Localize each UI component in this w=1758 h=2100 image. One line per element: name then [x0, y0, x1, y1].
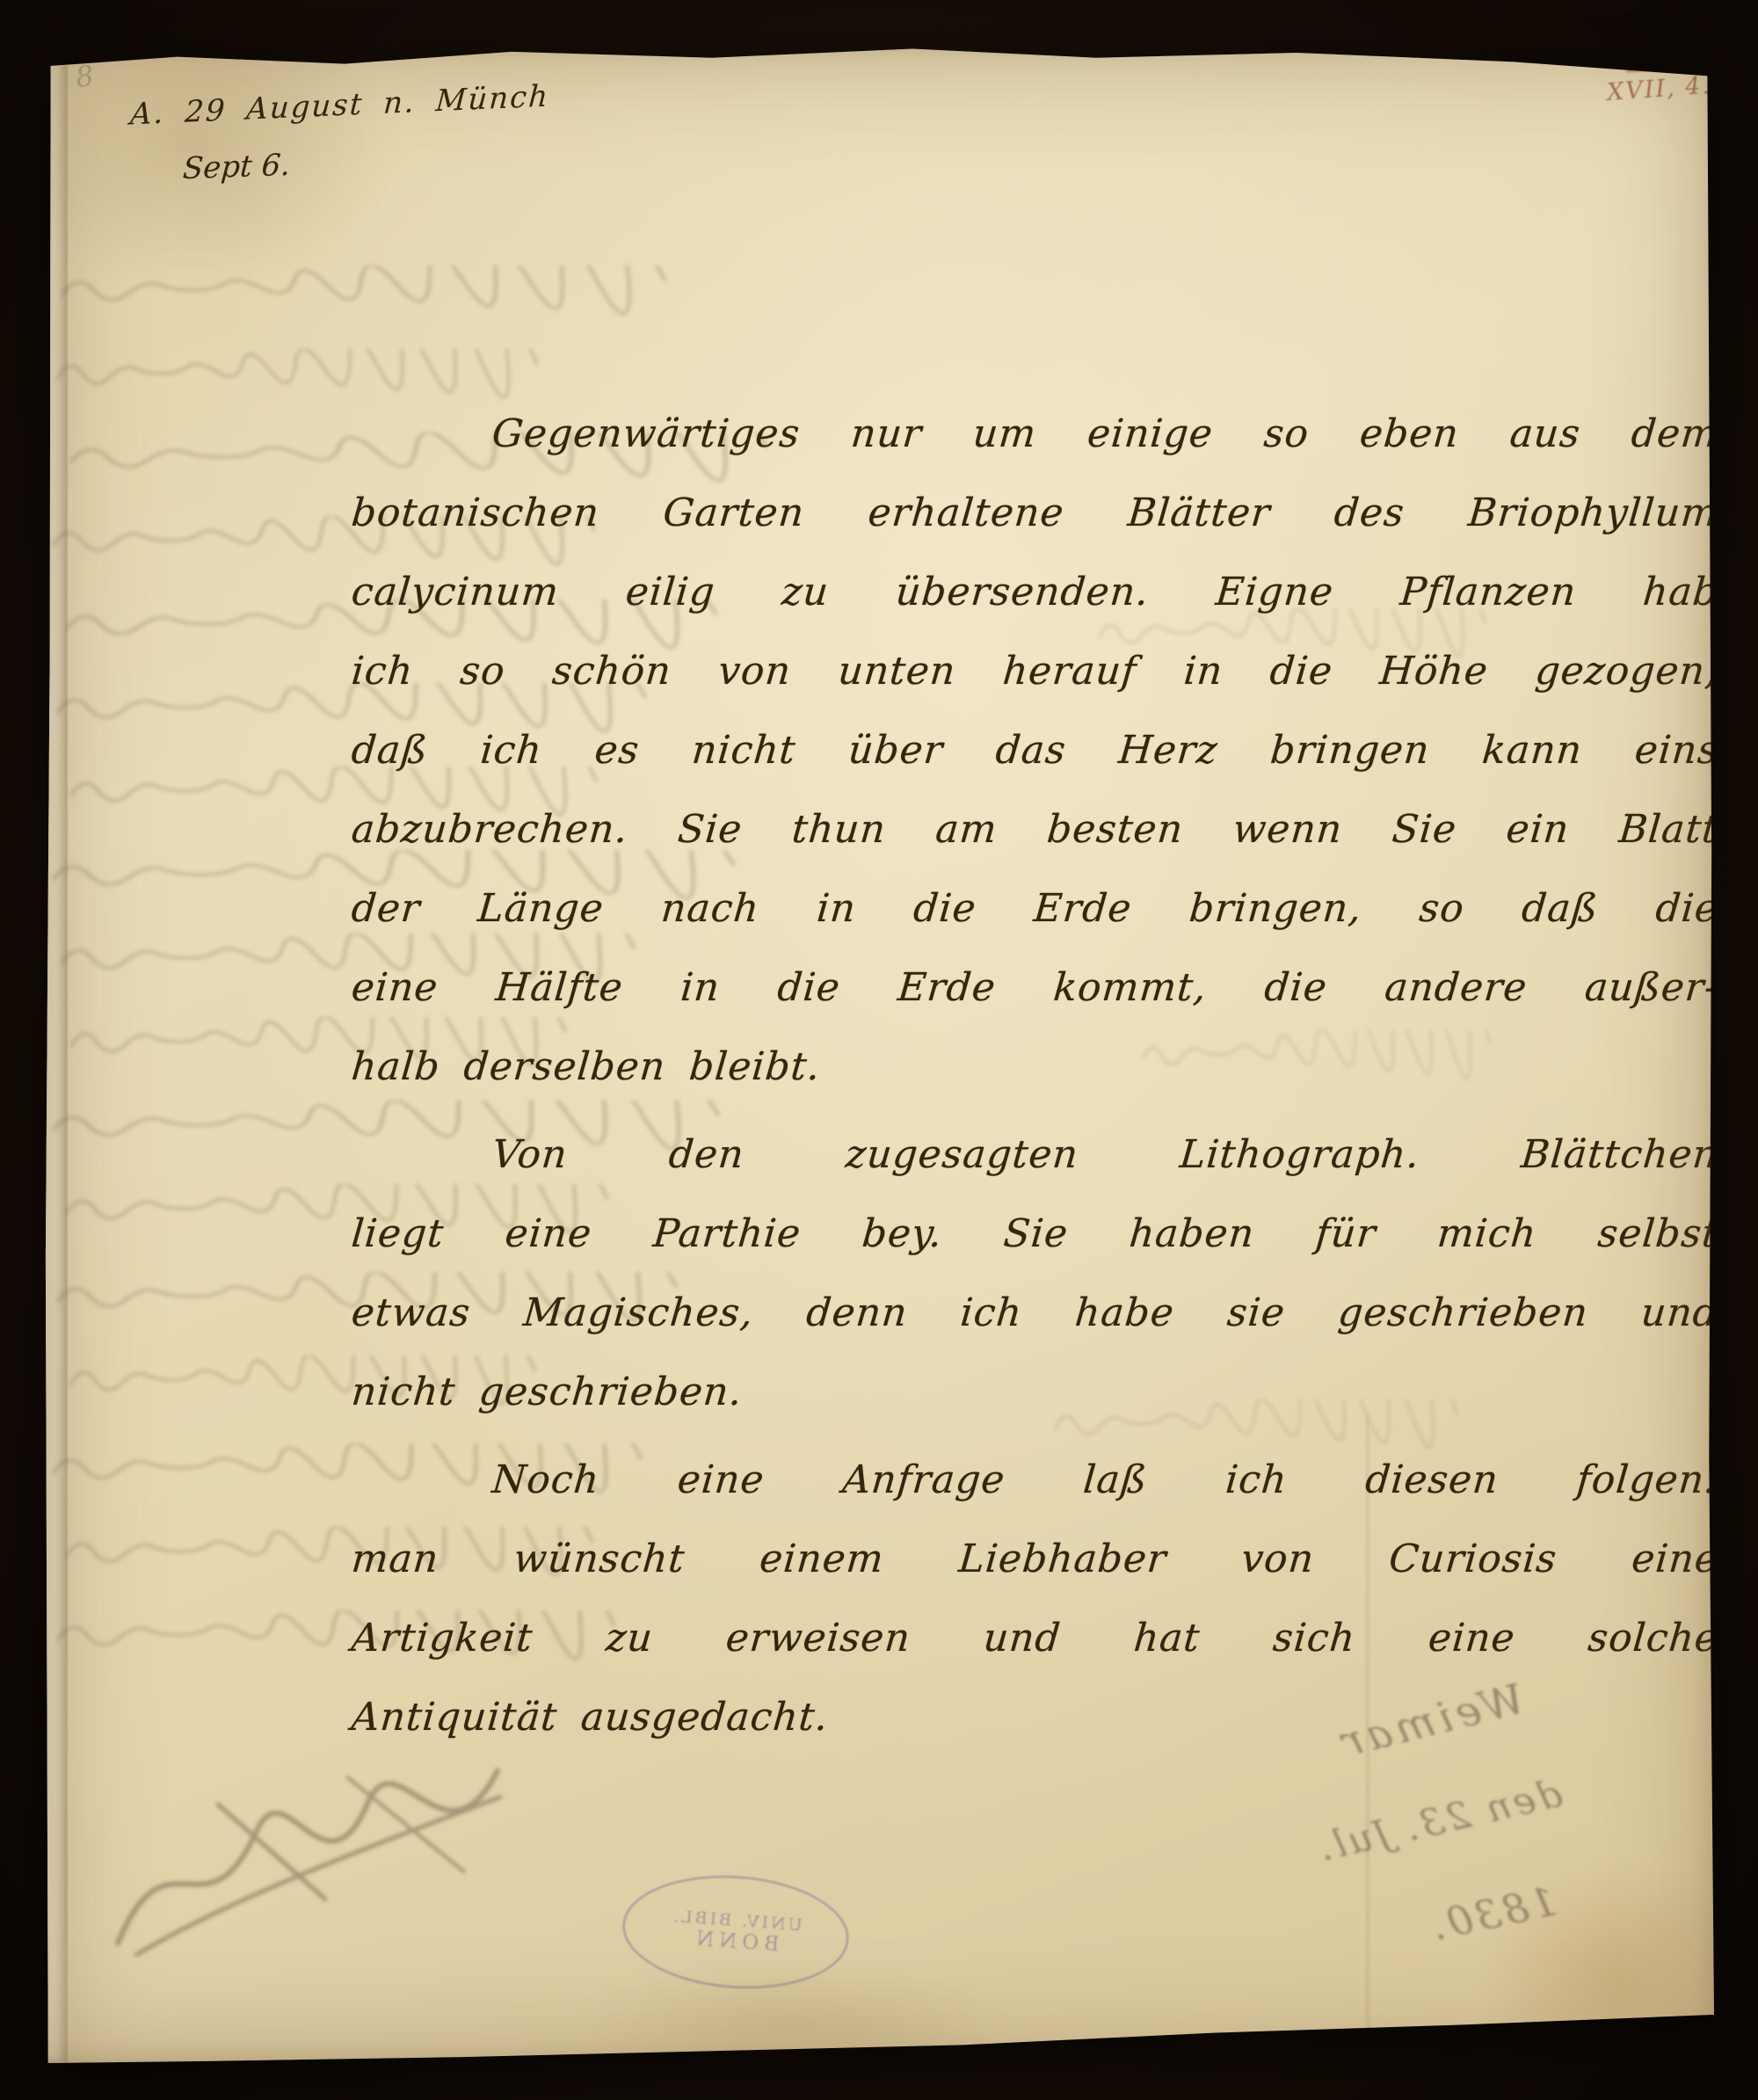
bleedthrough-stroke	[1055, 1399, 1512, 1452]
bleedthrough-stroke	[70, 1355, 598, 1408]
library-stamp-line2: BONN	[690, 1928, 780, 1957]
bleedthrough-stroke	[70, 767, 668, 819]
letter-line: abzubrechen. Sie thun am besten wenn Sie…	[350, 807, 1720, 852]
letter-line: Antiquität ausgedacht.	[350, 1695, 1720, 1740]
letter-sheet: 8 A. 29 August n. Münch Sept 6. XVII, 4.…	[44, 46, 1714, 2063]
letter-line: Artigkeit zu erweisen und hat sich eine …	[350, 1616, 1720, 1660]
letter-line: der Länge nach in die Erde bringen, so d…	[350, 886, 1720, 931]
bleedthrough-stroke	[62, 265, 747, 318]
showthrough-place: Weimar	[1333, 1675, 1529, 1769]
paper-surface: 8 A. 29 August n. Münch Sept 6. XVII, 4.…	[44, 46, 1714, 2063]
bleedthrough-stroke	[53, 1443, 721, 1496]
letter-line: Gegenwärtiges nur um einige so eben aus …	[350, 411, 1720, 456]
letter-line: ich so schön von unten herauf in die Höh…	[350, 649, 1720, 694]
showthrough-year: 1830.	[1425, 1877, 1561, 1950]
photographed-letter-scene: 8 A. 29 August n. Münch Sept 6. XVII, 4.…	[0, 0, 1758, 2100]
signature-showthrough	[83, 1733, 541, 1980]
archive-mark: XVII, 4.	[1606, 72, 1712, 106]
paper-stain	[0, 0, 396, 292]
paper-stain	[571, 1962, 1011, 2085]
library-stamp-line1: UNIV. BIBL.	[670, 1907, 803, 1935]
received-note-line1: A. 29 August n. Münch	[129, 79, 550, 133]
letter-line: Von den zugesagten Lithograph. Blättchen	[350, 1132, 1720, 1177]
showthrough-date: den 23. Jul.	[1312, 1772, 1566, 1871]
bleedthrough-stroke	[57, 1610, 690, 1663]
archive-mark-dash	[1626, 65, 1668, 72]
bleedthrough-stroke	[70, 432, 861, 485]
paper-crease	[1367, 1417, 1369, 2085]
letter-line: man wünscht einem Liebhaber von Curiosis…	[350, 1537, 1720, 1581]
letter-line: nicht geschrieben.	[350, 1370, 1720, 1414]
bleedthrough-stroke	[70, 1017, 633, 1070]
letter-line: botanischen Garten erhaltene Blätter des…	[350, 490, 1720, 535]
bleedthrough-stroke	[66, 599, 804, 652]
bleedthrough-stroke	[62, 934, 712, 986]
bleedthrough-stroke	[66, 1184, 681, 1237]
letter-line: calycinum eilig zu übersenden. Eigne Pfl…	[350, 570, 1720, 614]
bleedthrough-stroke	[53, 850, 826, 903]
bleedthrough-stroke	[1099, 608, 1538, 661]
pencil-folio-number: 8	[73, 59, 95, 94]
bleedthrough-stroke	[1143, 1030, 1538, 1083]
bleedthrough-stroke	[53, 516, 668, 569]
letter-line: eine Hälfte in die Erde kommt, die ander…	[350, 965, 1720, 1010]
bleedthrough-stroke	[57, 1272, 760, 1325]
letter-line: liegt eine Parthie bey. Sie haben für mi…	[350, 1211, 1720, 1256]
library-stamp: UNIV. BIBL. BONN	[619, 1868, 853, 1996]
received-note-line2: Sept 6.	[182, 148, 292, 186]
letter-line: halb derselben bleibt.	[350, 1044, 1720, 1089]
letter-line: Noch eine Anfrage laß ich diesen folgen:	[350, 1457, 1720, 1502]
bleedthrough-stroke	[53, 1101, 809, 1153]
letter-line: etwas Magisches, denn ich habe sie gesch…	[350, 1290, 1720, 1335]
bleedthrough-stroke	[57, 349, 602, 402]
letter-line: daß ich es nicht über das Herz bringen k…	[350, 728, 1720, 773]
second-sheet-edge	[44, 46, 68, 2063]
paper-stain	[1477, 1857, 1758, 2100]
bleedthrough-stroke	[66, 1527, 664, 1580]
bleedthrough-stroke	[57, 683, 725, 736]
